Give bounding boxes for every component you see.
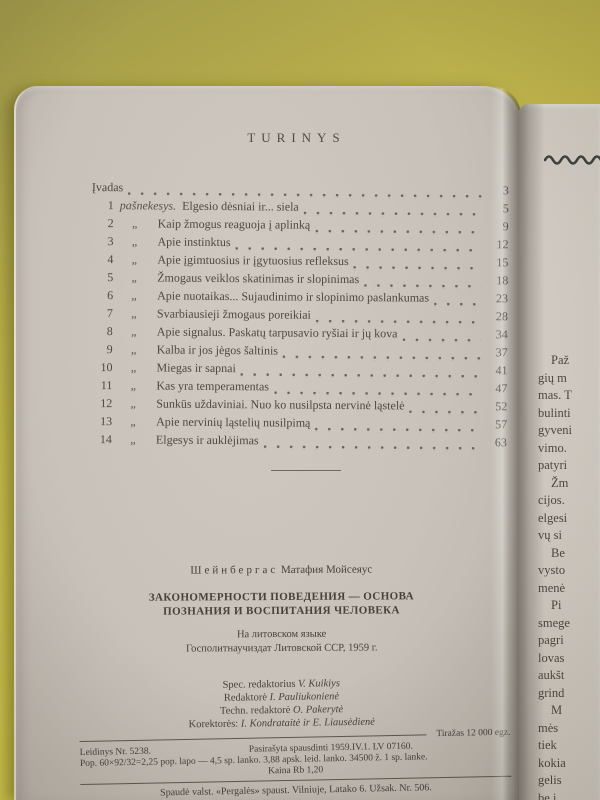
toc-entry-title: Kalba ir jos jėgos šaltinis	[157, 343, 278, 359]
toc-entry-title: Kaip žmogus reaguoja į aplinką	[158, 217, 311, 233]
toc-leader-dots	[409, 405, 480, 418]
clipped-text-line: bulinti	[538, 405, 600, 423]
toc-entry-page-number: 12	[486, 237, 508, 252]
toc-entry-number: 2	[90, 216, 114, 231]
toc-entry-ditto-mark: „	[113, 324, 155, 339]
toc-entry-page-number: 28	[486, 309, 508, 324]
toc-entry-ditto-mark: „	[113, 270, 155, 285]
toc-entry-title: Elgesys ir auklėjimas	[156, 433, 259, 449]
toc-entry-title: Kas yra temperamentas	[156, 379, 269, 395]
toc-entry-ditto-mark: pašnekesys.	[114, 198, 180, 214]
toc-entry-page-number: 34	[486, 327, 508, 342]
clipped-text-line: Pi	[538, 597, 600, 615]
toc-entry-page-number: 9	[487, 219, 509, 234]
clipped-text-line: gelis	[538, 772, 600, 790]
toc-entry-title: Elgesio dėsniai ir... siela	[182, 199, 299, 215]
toc-entry-number: 12	[88, 396, 112, 411]
language-note-block: На литовском языке Госполитнаучиздат Лит…	[56, 627, 507, 657]
toc-entry-page-number: 15	[486, 255, 508, 270]
clipped-text-line: Be	[538, 545, 600, 563]
author-line: Шейнбергас Матафия Мойсеяус	[56, 563, 507, 577]
toc-entry-page-number: 23	[486, 291, 508, 306]
toc-entry-ditto-mark: „	[112, 360, 154, 375]
toc-entry-page-number: 63	[485, 435, 507, 450]
clipped-text-line: gyveni	[538, 422, 600, 440]
toc-leader-dots	[241, 367, 481, 381]
toc-entry-number: 5	[89, 270, 113, 285]
staff-role: Korektorės:	[189, 719, 239, 731]
toc-entry-ditto-mark: „	[113, 342, 155, 357]
toc-entry-title: Apie įgimtuosius ir įgytuosius refleksus	[157, 253, 348, 270]
print-info-block: Tiražas 12 000 egz. Leidinys Nr. 5238. P…	[79, 726, 511, 800]
clipped-text-line: gių m	[538, 370, 600, 388]
toc-entry-ditto-mark: „	[113, 234, 155, 249]
toc-entry-ditto-mark: „	[114, 216, 156, 231]
toc-heading: TURINYS	[86, 130, 507, 146]
toc-entry-ditto-mark: „	[113, 306, 155, 321]
toc-entry-number: 4	[89, 252, 113, 267]
toc-entry-number: 1	[90, 198, 114, 213]
toc-leader-dots	[434, 297, 481, 309]
left-book-page: TURINYS Įvadas 3 1 pašnekesys. Elgesio d…	[14, 86, 521, 800]
toc-entry-title: Apie instinktus	[157, 235, 230, 251]
russian-title-line2: ПОЗНАНИЯ И ВОСПИТАНИЯ ЧЕЛОВЕКА	[56, 603, 507, 619]
toc-entry-number: 6	[89, 288, 113, 303]
toc-entry-number: 3	[89, 234, 113, 249]
photo-of-open-book: { "colors":{"background_yellow":"#ddd04f…	[0, 0, 600, 800]
toc-entry-ditto-mark: „	[112, 378, 154, 393]
toc-leader-dots	[315, 422, 480, 435]
clipped-text-line: smege	[538, 615, 600, 633]
toc-leader-dots	[304, 206, 482, 219]
toc-entry-ditto-mark: „	[113, 288, 155, 303]
toc-entry-title: Įvadas	[92, 180, 123, 195]
staff-name: I. Pauliukonienė	[270, 691, 340, 703]
toc-entry-title: Apie nuotaikas... Sujaudinimo ir slopini…	[157, 289, 429, 306]
clipped-text-column: Paž gių m mas. T bulinti gyveni vimo. pa…	[538, 352, 600, 800]
staff-role: Redaktorė	[224, 692, 267, 704]
staff-role: Techn. redaktorė	[220, 705, 291, 717]
clipped-text-line: vimo.	[538, 440, 600, 458]
russian-imprint-block: Шейнбергас Матафия Мойсеяус ЗАКОНОМЕРНОС…	[56, 563, 507, 657]
toc-entry-ditto-mark: „	[112, 432, 154, 447]
toc-entry: 14 „ Elgesys ir auklėjimas 63	[88, 432, 507, 453]
clipped-text-line: aukšt	[538, 667, 600, 685]
toc-leader-dots	[402, 332, 480, 345]
toc-entry-page-number: 37	[486, 345, 508, 360]
toc-leader-dots	[364, 278, 481, 291]
editorial-staff-block: Spec. redaktorius V. Kuikiys Redaktorė I…	[56, 675, 508, 733]
print-run: Tiražas 12 000 egz.	[426, 728, 510, 740]
toc-entry-page-number: 18	[486, 273, 508, 288]
toc-entry-number: 8	[89, 324, 113, 339]
toc-entry-page-number: 3	[487, 183, 509, 198]
clipped-text-line: be j	[538, 790, 600, 800]
toc-entry-number: 9	[89, 342, 113, 357]
toc-entry-page-number: 47	[485, 381, 507, 396]
toc-entry-title: Apie signalus. Paskatų tarpusavio ryšiai…	[157, 325, 398, 342]
author-surname: Шейнбергас	[190, 564, 278, 576]
toc-entry-page-number: 5	[487, 201, 509, 216]
clipped-text-line: M	[538, 702, 600, 720]
clipped-text-line: kokia	[538, 755, 600, 773]
clipped-text-line: lovas	[538, 650, 600, 668]
clipped-text-line: pagri	[538, 632, 600, 650]
clipped-text-line: cijos.	[538, 492, 600, 510]
toc-leader-dots	[283, 350, 481, 364]
toc-leader-dots	[315, 224, 481, 237]
toc-entry-title: Žmogaus veiklos skatinimas ir slopinimas	[157, 271, 359, 288]
toc-entry-page-number: 41	[485, 363, 507, 378]
toc-entry-number: 14	[88, 432, 112, 447]
toc-leader-dots	[354, 260, 482, 273]
staff-name: I. Kondrataitė ir E. Liausėdienė	[241, 717, 375, 730]
toc-entry-page-number: 57	[485, 417, 507, 432]
toc-entry-title: Miegas ir sapnai	[156, 361, 235, 377]
toc-entry-number: 13	[88, 414, 112, 429]
staff-name: V. Kuikiys	[298, 678, 340, 690]
clipped-text-line: mas. T	[538, 387, 600, 405]
toc-entry-ditto-mark: „	[112, 414, 154, 429]
edition-number: Leidinys Nr. 5238.	[80, 747, 151, 758]
toc-entry-page-number: 52	[485, 399, 507, 414]
clipped-text-line: grind	[538, 685, 600, 703]
section-divider	[271, 470, 341, 471]
right-book-page: Paž gių m mas. T bulinti gyveni vimo. pa…	[519, 104, 600, 800]
author-name: Матафия Мойсеяус	[281, 564, 372, 576]
clipped-text-line: vų si	[538, 527, 600, 545]
toc-entry-number: 7	[89, 306, 113, 321]
toc-leader-dots	[264, 439, 480, 453]
staff-role: Spec. redaktorius	[222, 679, 295, 691]
publisher-line: Госполитнаучиздат Литовской ССР, 1959 г.	[56, 641, 507, 657]
horizontal-rule	[80, 734, 427, 742]
clipped-text-line: tiek	[538, 737, 600, 755]
clipped-text-line: vysto	[538, 562, 600, 580]
wavy-line-mark	[544, 150, 600, 166]
clipped-text-line: patyri	[538, 457, 600, 475]
clipped-text-line: menė	[538, 580, 600, 598]
toc-list: Įvadas 3 1 pašnekesys. Elgesio dėsniai i…	[88, 180, 509, 453]
clipped-text-line: elgesi	[538, 510, 600, 528]
staff-name: O. Pakerytė	[293, 704, 343, 716]
toc-entry-title: Apie nervinių ląstelių nusilpimą	[156, 415, 310, 431]
toc-entry-ditto-mark: „	[112, 396, 154, 411]
clipped-text-line: mės	[538, 720, 600, 738]
clipped-text-line: Žm	[538, 475, 600, 493]
toc-entry-number: 11	[88, 378, 112, 393]
toc-entry-title: Svarbiausieji žmogaus poreikiai	[157, 307, 311, 323]
toc-entry-ditto-mark: „	[113, 252, 155, 267]
toc-entry-number: 10	[88, 360, 112, 375]
toc-entry-title: Sunkūs uždaviniai. Nuo ko nusilpsta nerv…	[156, 397, 404, 414]
clipped-text-line: Paž	[538, 352, 600, 370]
